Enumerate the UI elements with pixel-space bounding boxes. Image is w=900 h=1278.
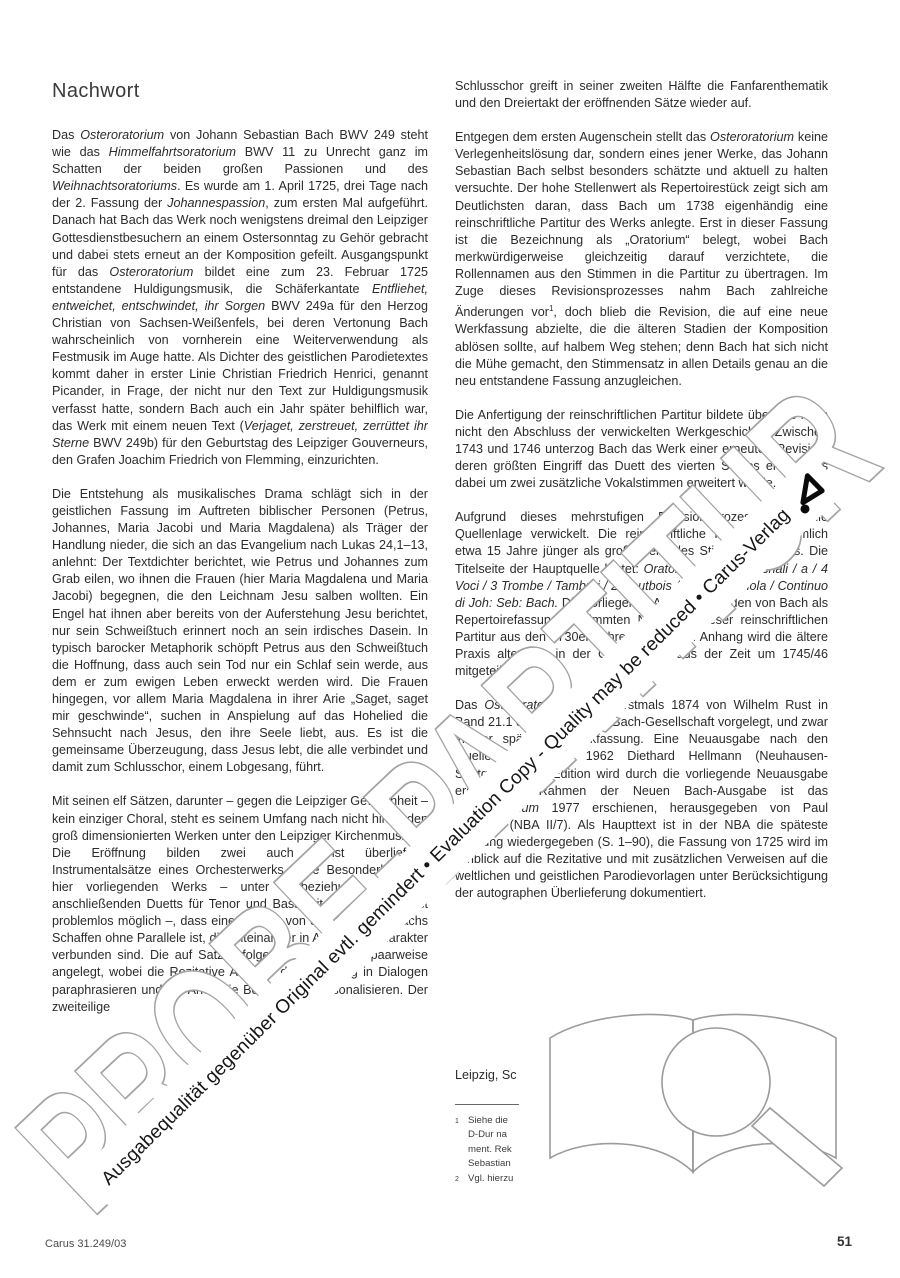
- paragraph: Schlusschor greift in seiner zweiten Häl…: [455, 78, 828, 112]
- footnote-text: Vgl. hierzu: [468, 1172, 513, 1187]
- book-magnifier-graphic: [540, 1008, 850, 1193]
- footnote-marker: 2: [455, 1172, 468, 1187]
- footnote-text: Siehe die D-Dur na ment. Rek Sebastian: [468, 1114, 512, 1172]
- document-page: Nachwort Das Osteroratorium von Johann S…: [0, 0, 900, 1278]
- footnote-rule: [455, 1104, 519, 1105]
- book-magnifier-icon: [540, 1008, 850, 1188]
- paragraph: Entgegen dem ersten Augenschein stellt d…: [455, 129, 828, 390]
- signature-place: Leipzig, Sc: [455, 1068, 517, 1082]
- footnote-marker: 1: [455, 1114, 468, 1172]
- page-number: 51: [822, 1234, 852, 1249]
- page-title: Nachwort: [52, 80, 428, 103]
- paragraph: Das Osteroratorium von Johann Sebastian …: [52, 127, 428, 469]
- carus-verlag-logo-icon: [784, 471, 829, 516]
